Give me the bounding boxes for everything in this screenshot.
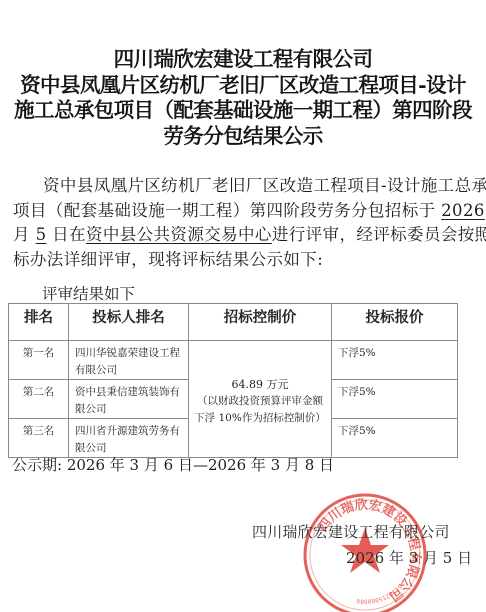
signature-date: 2026 年 3 月 5 日 xyxy=(346,547,472,568)
quote-cell: 下浮5% xyxy=(332,341,458,380)
month-unit: 月 xyxy=(13,225,30,244)
paragraph-line-1: 资中县凤凰片区纺机厂老旧厂区改造工程项目-设计施工总承包 xyxy=(13,174,458,199)
paragraph-line-3-text: 进行评审，经评标委员会按照评 xyxy=(272,225,486,244)
title-line-3: 施工总承包项目（配套基础设施一期工程）第四阶段 xyxy=(0,98,486,124)
rank-cell: 第三名 xyxy=(9,419,69,458)
day-unit: 日在 xyxy=(52,225,86,244)
announcement-paragraph: 资中县凤凰片区纺机厂老旧厂区改造工程项目-设计施工总承包 项目（配套基础设施一期… xyxy=(13,174,458,272)
results-table: 排名 投标人排名 招标控制价 投标报价 第一名 四川华锐嘉荣建设工程有限公司 6… xyxy=(8,303,458,458)
title-line-2: 资中县凤凰片区纺机厂老旧厂区改造工程项目-设计 xyxy=(0,73,486,99)
quote-cell: 下浮5% xyxy=(332,380,458,419)
quote-cell: 下浮5% xyxy=(332,419,458,458)
period-value: 2026 年 3 月 6 日—2026 年 3 月 8 日 xyxy=(67,456,334,474)
title-line-4: 劳务分包结果公示 xyxy=(0,124,486,150)
title-line-1: 四川瑞欣宏建设工程有限公司 xyxy=(0,47,486,73)
paragraph-line-2-text: 项目（配套基础设施一期工程）第四阶段劳务分包招标于 xyxy=(13,201,436,220)
table-header-row: 排名 投标人排名 招标控制价 投标报价 xyxy=(9,304,458,341)
control-price-cell: 64.89 万元 （以财政投资预算评审金额下浮 10%作为招标控制价） xyxy=(189,341,332,458)
control-price-amount: 64.89 万元 xyxy=(193,376,327,393)
paragraph-line-4: 标办法详细评审，现将评标结果公示如下: xyxy=(13,248,458,273)
results-subheading: 评审结果如下 xyxy=(42,282,135,304)
signature-company: 四川瑞欣宏建设工程有限公司 xyxy=(252,521,450,542)
period-label: 公示期: xyxy=(12,456,62,474)
publicity-period: 公示期: 2026 年 3 月 6 日—2026 年 3 月 8 日 xyxy=(12,454,334,475)
venue: 资中县公共资源交易中心 xyxy=(86,225,272,244)
header-quote: 投标报价 xyxy=(332,304,458,341)
table-row: 第一名 四川华锐嘉荣建设工程有限公司 64.89 万元 （以财政投资预算评审金额… xyxy=(9,341,458,380)
header-rank: 排名 xyxy=(9,304,69,341)
header-control-price: 招标控制价 xyxy=(189,304,332,341)
paragraph-line-2: 项目（配套基础设施一期工程）第四阶段劳务分包招标于 2026 年 3 xyxy=(13,199,458,224)
bidder-cell: 四川华锐嘉荣建设工程有限公司 xyxy=(69,341,189,380)
bidder-cell: 四川省升源建筑劳务有限公司 xyxy=(69,419,189,458)
paragraph-line-3: 月 5 日在资中县公共资源交易中心进行评审，经评标委员会按照评 xyxy=(13,223,458,248)
bid-day: 5 xyxy=(36,225,47,244)
control-price-note: （以财政投资预算评审金额下浮 10%作为招标控制价） xyxy=(193,393,327,427)
bidder-cell: 资中县秉信建筑装饰有限公司 xyxy=(69,380,189,419)
document-title: 四川瑞欣宏建设工程有限公司 资中县凤凰片区纺机厂老旧厂区改造工程项目-设计 施工… xyxy=(0,47,486,149)
bid-year: 2026 xyxy=(441,201,485,220)
rank-cell: 第二名 xyxy=(9,380,69,419)
rank-cell: 第一名 xyxy=(9,341,69,380)
header-bidder: 投标人排名 xyxy=(69,304,189,341)
